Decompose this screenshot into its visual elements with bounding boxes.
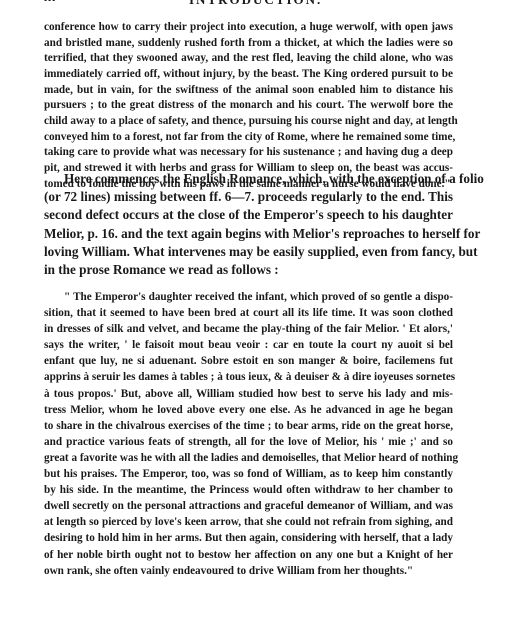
text-line: at length so pierced by love's keen arro… bbox=[44, 514, 453, 530]
text-line: desiring to hold him in her arms. But th… bbox=[44, 530, 453, 546]
text-line: and bristled mane, suddenly rushed forth… bbox=[44, 36, 453, 52]
quoted-passage-prose-romance: " The Emperor's daughter received the in… bbox=[44, 289, 453, 579]
text-line: (or 72 lines) missing between ff. 6—7. p… bbox=[44, 188, 453, 206]
text-line: in the prose Romance we read as follows … bbox=[44, 261, 453, 279]
text-line: immediately carried off, without injury,… bbox=[44, 67, 453, 83]
text-line: dwell secretly on the personal attractio… bbox=[44, 498, 453, 514]
text-line: taking care to provide what was necessar… bbox=[44, 145, 453, 161]
text-line: sition, that it seemed to have been bred… bbox=[44, 305, 453, 321]
text-line: made, but in vain, for the swiftness of … bbox=[44, 83, 453, 99]
text-line: enfant que luy, ne si aduenant. Sobre es… bbox=[44, 353, 453, 369]
text-line: pursuers ; to the great distress of the … bbox=[44, 98, 453, 114]
page-number: iii bbox=[44, 0, 56, 4]
text-line: own rank, she often vainly endeavoured t… bbox=[44, 563, 453, 579]
text-line: to share in the chivalrous exercises of … bbox=[44, 418, 453, 434]
text-line: à tous propos.' But, above all, William … bbox=[44, 386, 453, 402]
text-line: by his side. In the meantime, the Prince… bbox=[44, 482, 453, 498]
book-page: iii INTRODUCTION. conference how to carr… bbox=[0, 0, 526, 629]
text-line: " The Emperor's daughter received the in… bbox=[44, 289, 453, 305]
text-line: great a favorite was he with all the lad… bbox=[44, 450, 453, 466]
text-line: loving William. What intervenes may be e… bbox=[44, 243, 453, 261]
body-paragraph-english-romance: Here commences the English Romance, whic… bbox=[44, 170, 453, 279]
text-line: conference how to carry their project in… bbox=[44, 20, 453, 36]
text-line: of her noble birth ought not to bestow h… bbox=[44, 547, 453, 563]
text-line: and practice various feats of strength, … bbox=[44, 434, 453, 450]
running-title: INTRODUCTION. bbox=[189, 0, 322, 8]
text-line: child away to a place of safety, and the… bbox=[44, 114, 453, 130]
text-line: says the writer, ' le faisoit mout beau … bbox=[44, 337, 453, 353]
text-line: Here commences the English Romance, whic… bbox=[44, 170, 453, 188]
text-line: terrified, that they swooned away, and t… bbox=[44, 51, 453, 67]
text-line: but his praises. The Emperor, too, was s… bbox=[44, 466, 453, 482]
text-line: tress Melior, whom he loved above every … bbox=[44, 402, 453, 418]
text-line: in dresses of silk and velvet, and becam… bbox=[44, 321, 453, 337]
text-line: conveyed him to a forest, not far from t… bbox=[44, 130, 453, 146]
running-header: iii INTRODUCTION. bbox=[44, 0, 453, 4]
quoted-passage-werwolf: conference how to carry their project in… bbox=[44, 20, 453, 192]
text-line: Melior, p. 16. and the text again begins… bbox=[44, 225, 453, 243]
text-line: second defect occurs at the close of the… bbox=[44, 206, 453, 224]
text-line: apprins à seruir les dames à tables ; à … bbox=[44, 369, 453, 385]
